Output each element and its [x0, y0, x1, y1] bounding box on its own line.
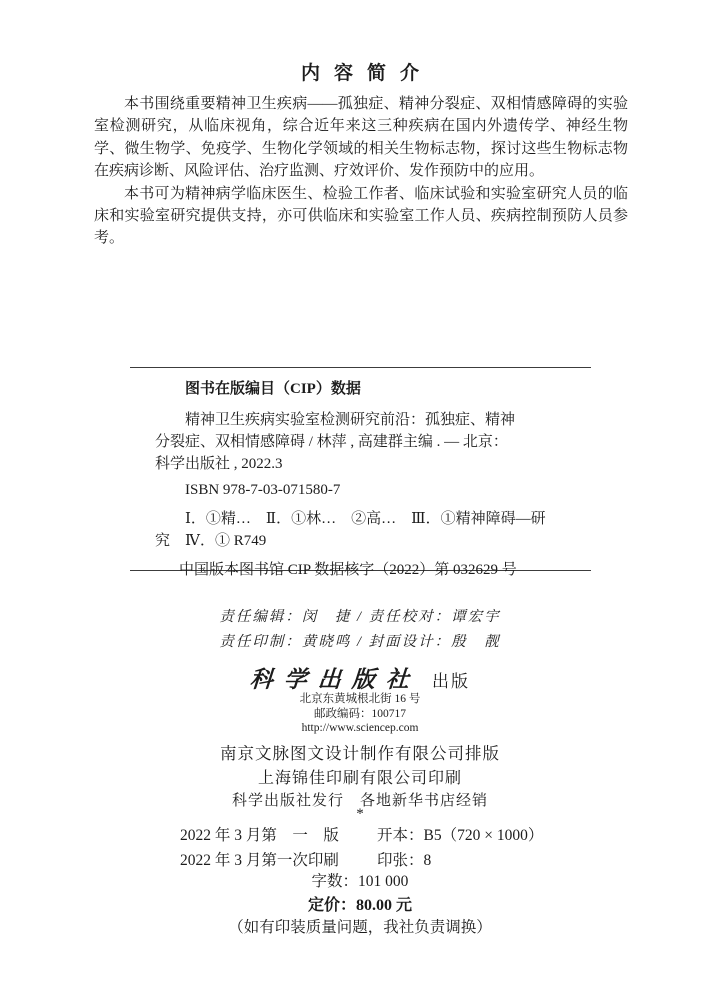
isbn-number: ISBN 978-7-03-071580-7 — [155, 479, 585, 501]
publisher-logo: 科学出版社 — [249, 661, 421, 694]
publisher-website: http://www.sciencep.com — [0, 721, 720, 736]
cip-classification-line: 究 Ⅳ．① R749 — [155, 530, 585, 552]
edition-date: 2022 年 3 月第 一 版 — [180, 824, 377, 849]
printing-credit-line: 责任印制：黄晓鸣 / 封面设计：殷 靓 — [0, 630, 720, 655]
cip-data-box: 图书在版编目（CIP）数据 精神卫生疾病实验室检测研究前沿：孤独症、精神 分裂症… — [130, 367, 591, 571]
staff-credits: 责任编辑：闵 捷 / 责任校对：谭宏宇 责任印制：黄晓鸣 / 封面设计：殷 靓 — [0, 605, 720, 655]
publisher-logo-line: 科学出版社 出版 — [0, 661, 720, 694]
cip-registry-number: 中国版本图书馆 CIP 数据核字（2022）第 032629 号 — [155, 559, 585, 581]
cip-title-block: 精神卫生疾病实验室检测研究前沿：孤独症、精神 分裂症、双相情感障碍 / 林萍 ,… — [155, 409, 585, 475]
publisher-address-block: 北京东黄城根北街 16 号 邮政编码：100717 http://www.sci… — [0, 692, 720, 736]
typesetter-line: 南京文脉图文设计制作有限公司排版 — [0, 740, 720, 764]
separator-asterisk: * — [0, 806, 720, 823]
format-spec: 开本：B5（720 × 1000） — [377, 824, 550, 849]
quality-note: （如有印装质量问题，我社负责调换） — [0, 915, 720, 937]
cip-classification: Ⅰ．①精… Ⅱ．①林… ②高… Ⅲ．①精神障碍—研 究 Ⅳ．① R749 — [155, 508, 585, 552]
printer-line: 上海锦佳印刷有限公司印刷 — [0, 765, 720, 788]
word-count: 字数：101 000 — [0, 869, 720, 891]
cip-title-line: 科学出版社 , 2022.3 — [155, 453, 585, 475]
copyright-page: 内容简介 本书围绕重要精神卫生疾病——孤独症、精神分裂症、双相情感障碍的实验室检… — [0, 0, 720, 1000]
publisher-street-address: 北京东黄城根北街 16 号 — [0, 692, 720, 707]
editing-credit-line: 责任编辑：闵 捷 / 责任校对：谭宏宇 — [0, 605, 720, 630]
intro-paragraphs: 本书围绕重要精神卫生疾病——孤独症、精神分裂症、双相情感障碍的实验室检测研究，从… — [94, 93, 628, 250]
cip-title-line: 精神卫生疾病实验室检测研究前沿：孤独症、精神 — [155, 409, 585, 431]
cip-header: 图书在版编目（CIP）数据 — [155, 378, 585, 400]
print-info-grid: 2022 年 3 月第 一 版 开本：B5（720 × 1000） 2022 年… — [180, 824, 550, 873]
intro-title: 内容简介 — [0, 58, 720, 85]
cip-title-line: 分裂症、双相情感障碍 / 林萍 , 高建群主编 . — 北京： — [155, 431, 585, 453]
intro-paragraph-2: 本书可为精神病学临床医生、检验工作者、临床试验和实验室研究人员的临床和实验室研究… — [94, 183, 628, 250]
cip-classification-line: Ⅰ．①精… Ⅱ．①林… ②高… Ⅲ．①精神障碍—研 — [155, 508, 585, 530]
edition-row: 2022 年 3 月第 一 版 开本：B5（720 × 1000） — [180, 824, 550, 849]
intro-paragraph-1: 本书围绕重要精神卫生疾病——孤独症、精神分裂症、双相情感障碍的实验室检测研究，从… — [94, 93, 628, 183]
publisher-logo-suffix: 出版 — [432, 672, 470, 691]
price: 定价：80.00 元 — [0, 892, 720, 915]
publisher-postcode: 邮政编码：100717 — [0, 707, 720, 722]
